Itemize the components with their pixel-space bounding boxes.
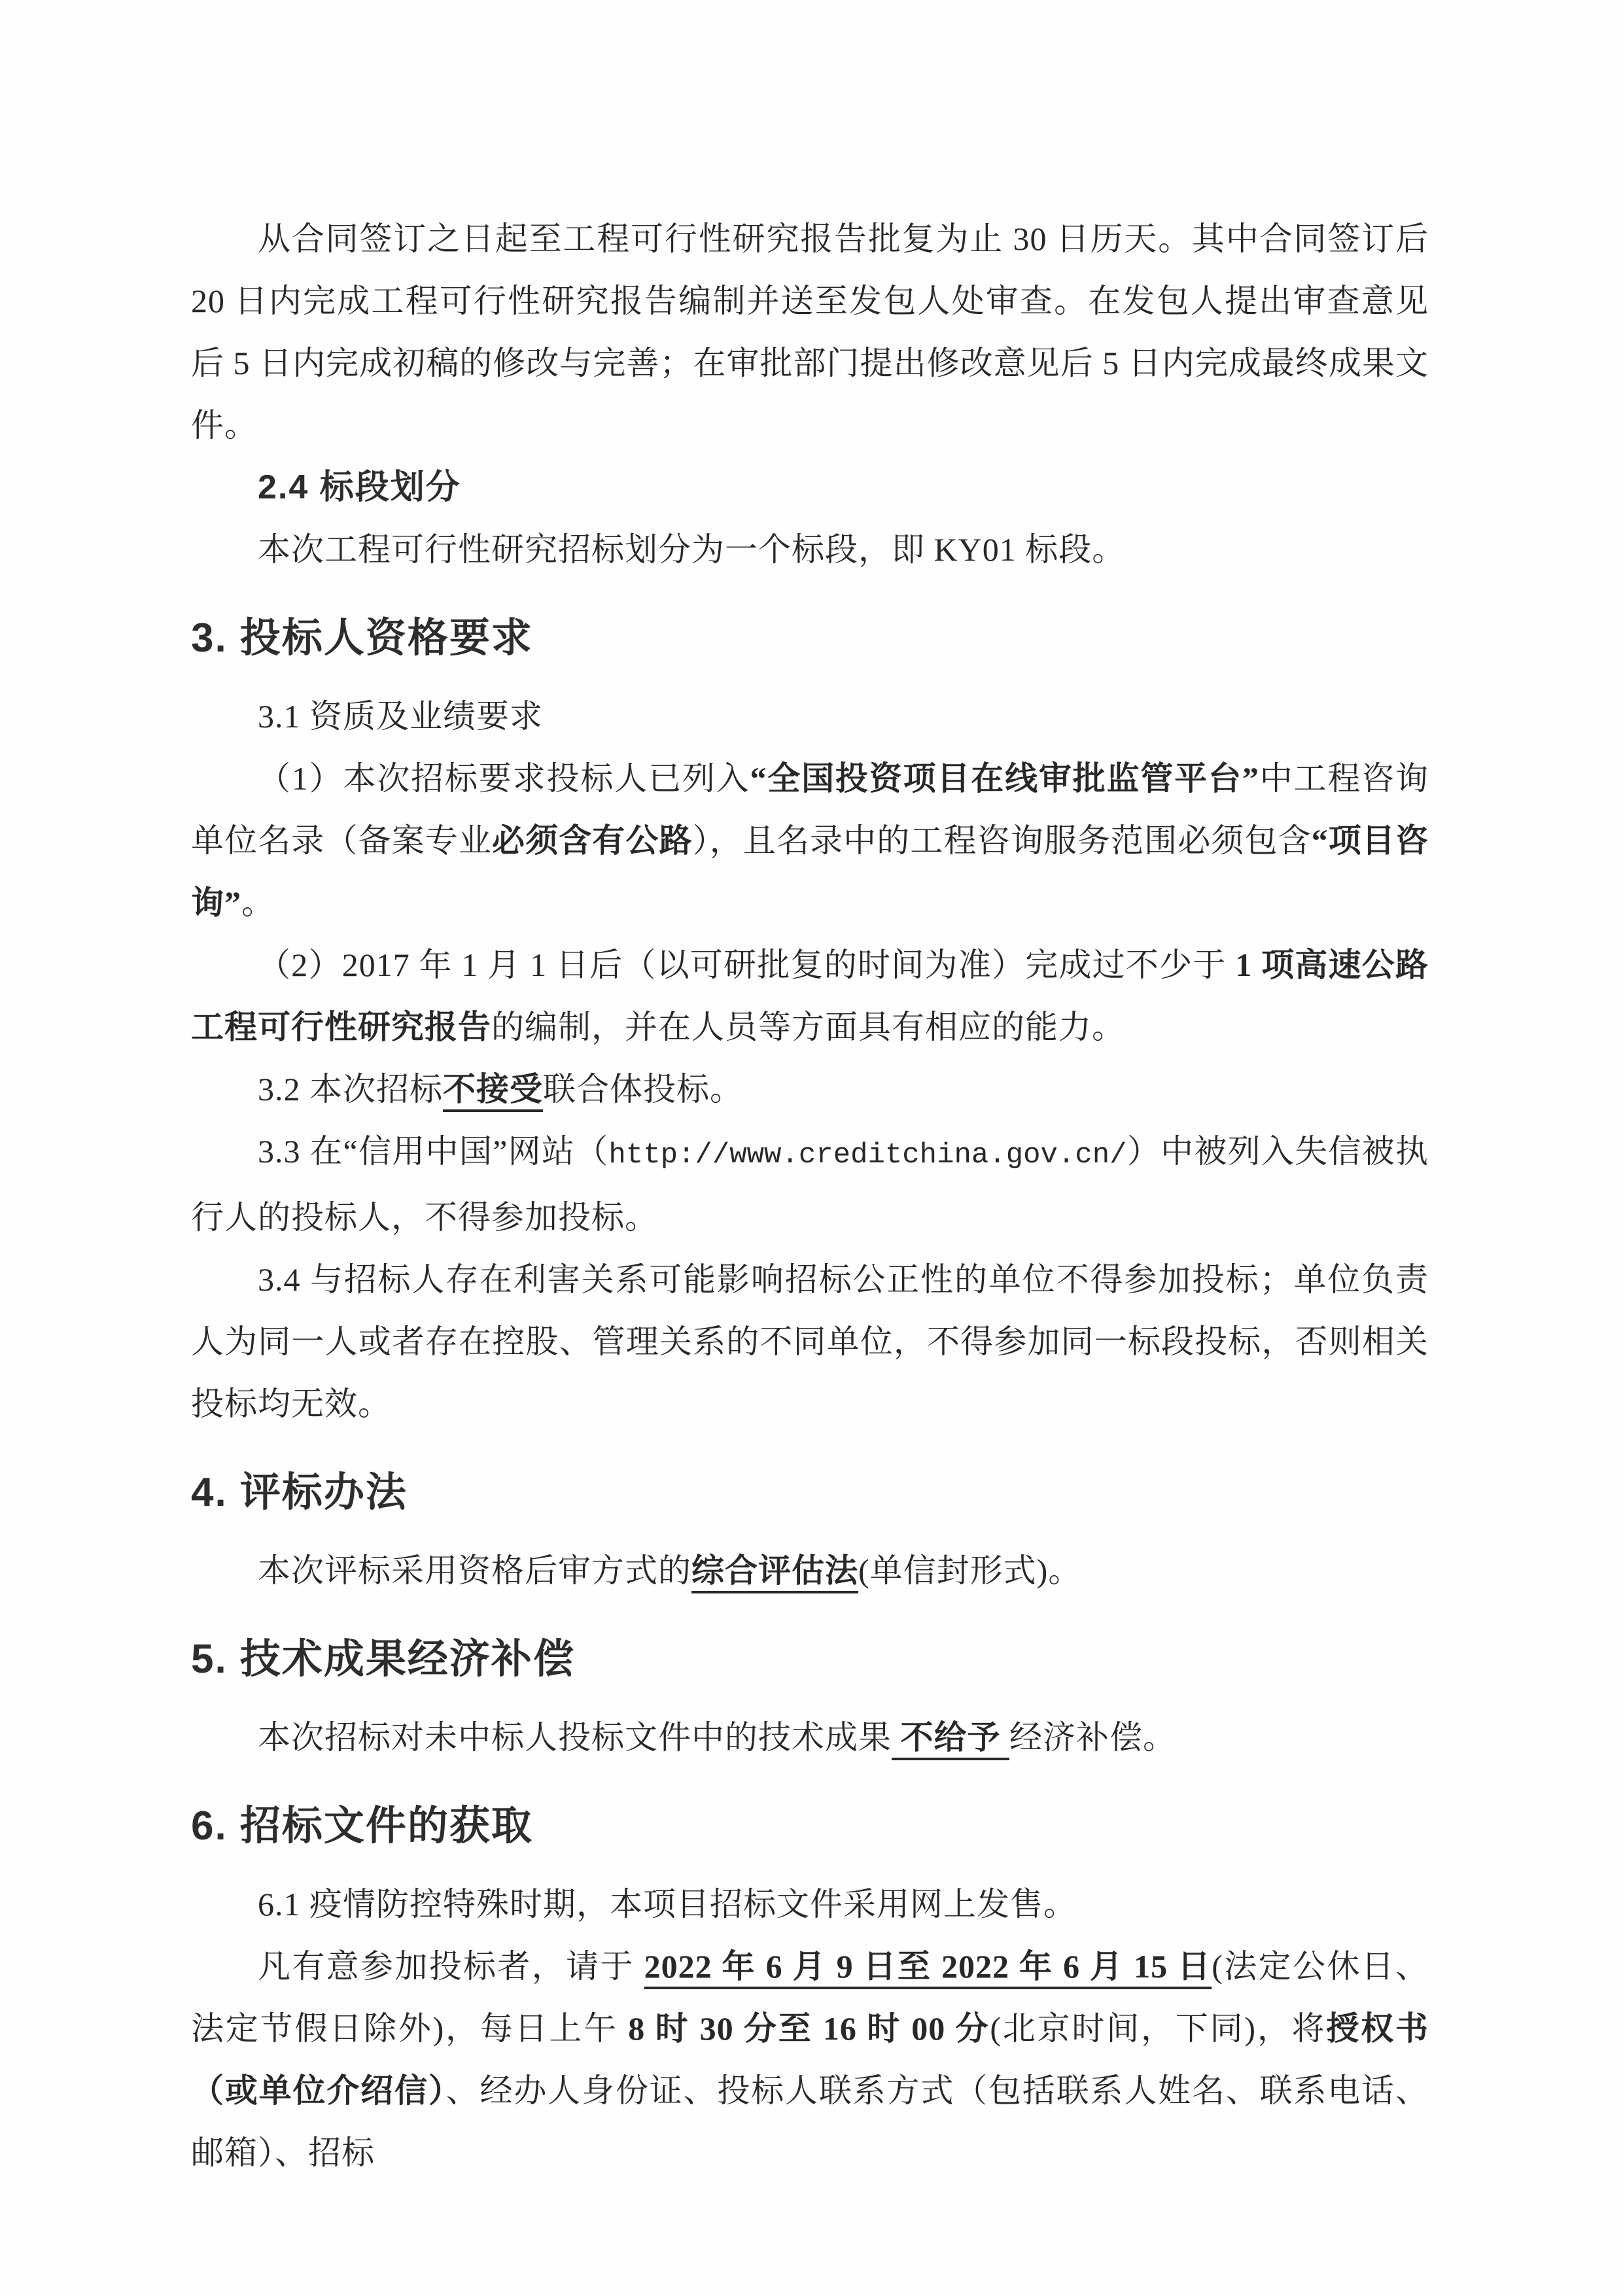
text-run: 凡有意参加投标者，请于: [258, 1948, 644, 1985]
text-run: “全国投资项目在线审批监管平台”: [750, 760, 1259, 797]
text-run: 。: [241, 884, 275, 921]
text-run: 2022 年 6 月 9 日至 2022 年 6 月 15 日: [644, 1948, 1212, 1985]
paragraph: 3.1 资质及业绩要求: [191, 686, 1429, 748]
section-heading: 5. 技术成果经济补偿: [191, 1628, 1429, 1690]
paragraph: 从合同签订之日起至工程可行性研究报告批复为止 30 日历天。其中合同签订后 20…: [191, 208, 1429, 457]
paragraph: （1）本次招标要求投标人已列入“全国投资项目在线审批监管平台”中工程咨询单位名录…: [191, 748, 1429, 934]
paragraph: 3.2 本次招标不接受联合体投标。: [191, 1058, 1429, 1121]
section-heading: 6. 招标文件的获取: [191, 1795, 1429, 1857]
document-content: 从合同签订之日起至工程可行性研究报告批复为止 30 日历天。其中合同签订后 20…: [191, 208, 1429, 2184]
text-run: 综合评估法: [691, 1552, 858, 1589]
paragraph: （2）2017 年 1 月 1 日后（以可研批复的时间为准）完成过不少于 1 项…: [191, 934, 1429, 1058]
paragraph: 3.4 与招标人存在利害关系可能影响招标公正性的单位不得参加投标；单位负责人为同…: [191, 1249, 1429, 1435]
text-run: 联合体投标。: [543, 1071, 743, 1107]
text-run: 6.1 疫情防控特殊时期，本项目招标文件采用网上发售。: [258, 1886, 1077, 1922]
text-run: 8 时 30 分至 16 时 00 分: [628, 2010, 990, 2047]
paragraph: 本次招标对未中标人投标文件中的技术成果 不给予 经济补偿。: [191, 1707, 1429, 1769]
document-page: 从合同签订之日起至工程可行性研究报告批复为止 30 日历天。其中合同签订后 20…: [0, 0, 1623, 2296]
text-run: (北京时间，下同)，将: [990, 2010, 1326, 2047]
text-run: 从合同签订之日起至工程可行性研究报告批复为止 30 日历天。其中合同签订后 20…: [191, 220, 1429, 444]
text-run: 5. 技术成果经济补偿: [191, 1637, 575, 1682]
section-heading: 3. 投标人资格要求: [191, 607, 1429, 669]
text-run: ），且名录中的工程咨询服务范围必须包含: [693, 822, 1312, 859]
text-run: 经济补偿。: [1009, 1719, 1176, 1756]
text-run: 2.4 标段划分: [258, 468, 461, 506]
text-run: （2）2017 年 1 月 1 日后（以可研批复的时间为准）完成过不少于: [258, 947, 1235, 983]
text-run: 本次工程可行性研究招标划分为一个标段，即 KY01 标段。: [258, 531, 1125, 568]
text-run: (单信封形式)。: [858, 1552, 1081, 1589]
text-run: 不接受: [443, 1071, 543, 1107]
paragraph: 凡有意参加投标者，请于 2022 年 6 月 9 日至 2022 年 6 月 1…: [191, 1936, 1429, 2184]
text-run: 本次招标对未中标人投标文件中的技术成果: [258, 1719, 892, 1756]
section-heading: 4. 评标办法: [191, 1461, 1429, 1523]
paragraph: 本次评标采用资格后审方式的综合评估法(单信封形式)。: [191, 1540, 1429, 1602]
text-run: 3. 投标人资格要求: [191, 616, 533, 661]
sub-heading: 2.4 标段划分: [191, 457, 1429, 519]
paragraph: 3.3 在“信用中国”网站（http://www.creditchina.gov…: [191, 1121, 1429, 1249]
text-run: 4. 评标办法: [191, 1470, 408, 1515]
text-run: 3.4 与招标人存在利害关系可能影响招标公正性的单位不得参加投标；单位负责人为同…: [191, 1261, 1429, 1422]
paragraph: 本次工程可行性研究招标划分为一个标段，即 KY01 标段。: [191, 519, 1429, 581]
text-run: 不给予: [892, 1719, 1009, 1756]
text-run: 的编制，并在人员等方面具有相应的能力。: [491, 1009, 1125, 1045]
text-run: 6. 招标文件的获取: [191, 1803, 533, 1849]
text-run: 3.2 本次招标: [258, 1071, 443, 1107]
text-run: 必须含有公路: [492, 822, 693, 859]
text-run: 3.1 资质及业绩要求: [258, 698, 543, 735]
text-run: 本次评标采用资格后审方式的: [258, 1552, 691, 1589]
text-run: 3.3 在“信用中国”网站（: [258, 1133, 608, 1170]
url-text: http://www.creditchina.gov.cn/: [608, 1139, 1126, 1172]
text-run: （1）本次招标要求投标人已列入: [258, 760, 750, 797]
paragraph: 6.1 疫情防控特殊时期，本项目招标文件采用网上发售。: [191, 1873, 1429, 1936]
